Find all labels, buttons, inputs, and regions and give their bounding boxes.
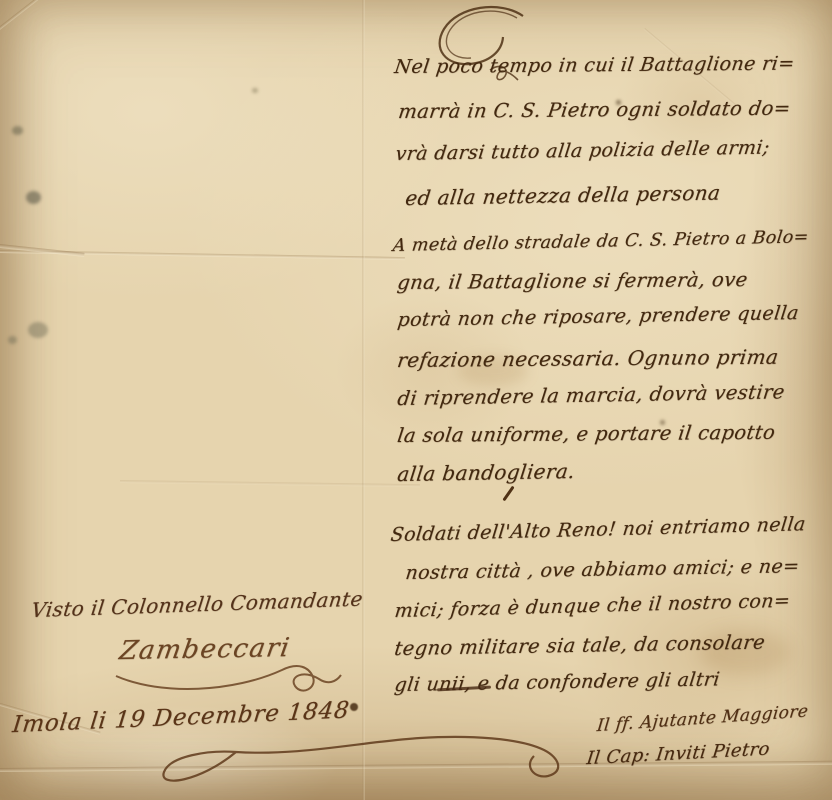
letter-line: tegno militare sia tale, da consolare: [393, 631, 766, 661]
letter-line: Nel poco tempo in cui il Battaglione ri=: [393, 53, 796, 79]
paper-stain: [8, 336, 17, 344]
letter-line: vrà darsi tutto alla polizia delle armi;: [394, 136, 771, 165]
letter-line: la sola uniforme, e portare il capotto: [396, 421, 777, 447]
visto-label: Visto il Colonnello Comandante: [30, 586, 364, 622]
fold-crease: [0, 250, 405, 260]
captain-signature: Il Cap: Inviti Pietro: [585, 738, 771, 769]
fold-crease: [120, 480, 420, 487]
ink-blot: [350, 703, 358, 711]
adjutant-signature: Il ff. Ajutante Maggiore: [596, 701, 809, 736]
letter-line: A metà dello stradale da C. S. Pietro a …: [392, 227, 810, 256]
letter-page: Nel poco tempo in cui il Battaglione ri=…: [0, 0, 832, 800]
paper-stain: [28, 322, 48, 338]
letter-line: alla bandogliera.: [396, 459, 576, 486]
letter-line: di riprendere la marcia, dovrà vestire: [396, 380, 786, 410]
fold-crease: [362, 0, 365, 800]
paper-stain: [26, 191, 41, 204]
letter-line: gli unii, e da confondere gli altri: [393, 668, 721, 696]
paragraph-mark: [502, 486, 514, 502]
paper-stain: [252, 88, 258, 93]
dateline: Imola li 19 Decembre 1848: [11, 697, 351, 738]
letter-line: refazione necessaria. Ognuno prima: [396, 345, 780, 372]
letter-line: nostra città , ove abbiamo amici; e ne=: [404, 555, 800, 584]
paper-stain: [12, 126, 23, 135]
letter-line: potrà non che riposare, prendere quella: [396, 302, 800, 331]
letter-line: mici; forza è dunque che il nostro con=: [393, 590, 791, 622]
letter-line: marrà in C. S. Pietro ogni soldato do=: [397, 97, 792, 123]
letter-line: Soldati dell'Alto Reno! noi entriamo nel…: [389, 513, 806, 546]
commander-signature: Zambeccari: [117, 633, 292, 666]
letter-line: ed alla nettezza della persona: [404, 181, 722, 211]
fold-crease: [0, 244, 85, 257]
fold-crease: [0, 0, 92, 50]
letter-line: gna, il Battaglione si fermerà, ove: [396, 268, 749, 294]
dateline-flourish-icon: [140, 730, 580, 794]
